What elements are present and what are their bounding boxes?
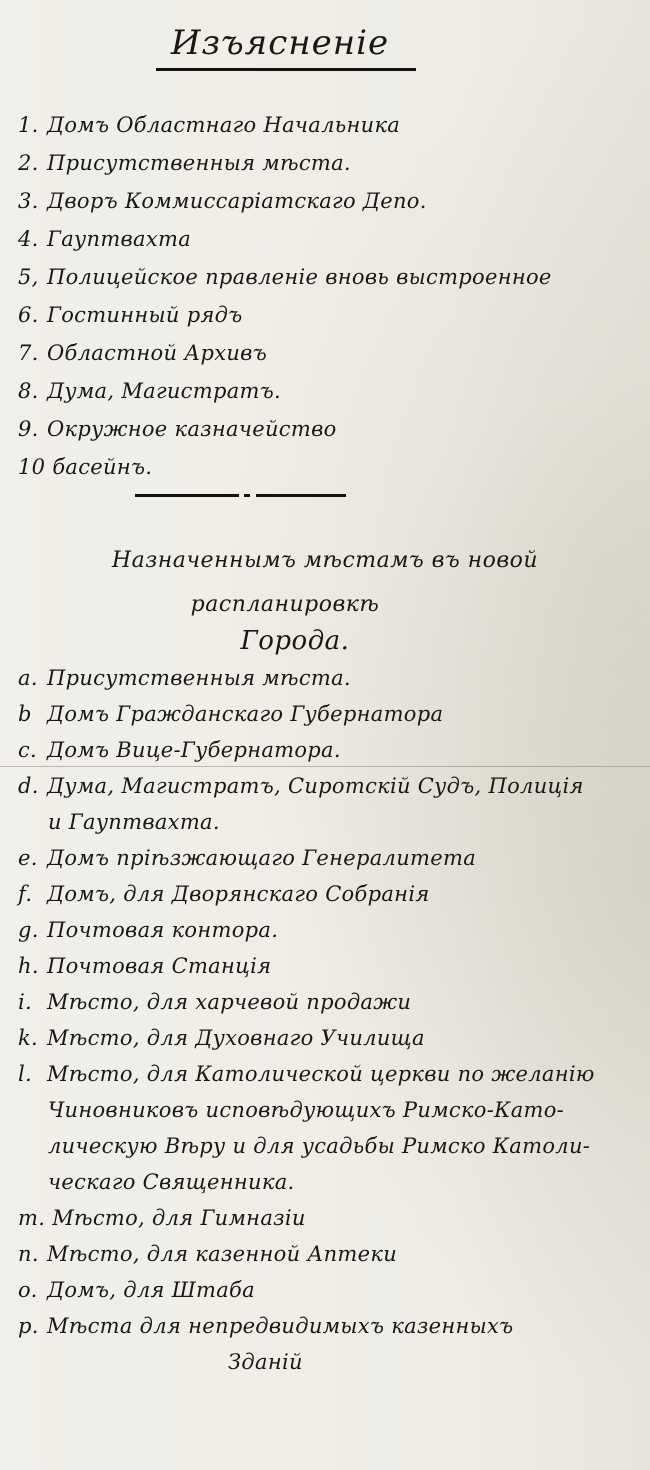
list-item: o. Домъ, для Штаба [18, 1272, 648, 1308]
list-item: 9. Окружное казначейство [18, 410, 638, 448]
list-item: 4. Гауптвахта [18, 220, 638, 258]
section-divider [256, 494, 346, 497]
list-item: n. Мѣсто, для казенной Аптеки [18, 1236, 648, 1272]
section-heading: распланировкѣ [0, 592, 610, 617]
list-item: 8. Дума, Магистратъ. [18, 372, 638, 410]
section-divider-dot [244, 494, 250, 497]
list-item: 3. Дворъ Коммиссаріатскаго Депо. [18, 182, 638, 220]
manuscript-page: Изъясненіе 1. Домъ Областнаго Начальника… [0, 0, 650, 1470]
list-item: k. Мѣсто, для Духовнаго Училища [18, 1020, 648, 1056]
list-item-continuation: Зданій [18, 1344, 648, 1380]
list-item: 6. Гостинный рядъ [18, 296, 638, 334]
list-item: a. Присутственныя мѣста. [18, 660, 648, 696]
list-item: 1. Домъ Областнаго Начальника [18, 106, 638, 144]
list-item-continuation: и Гауптвахта. [18, 804, 648, 840]
list-item: m. Мѣсто, для Гимназіи [18, 1200, 648, 1236]
title-underline [156, 68, 416, 71]
section-heading: Города. [0, 626, 620, 656]
section-heading: Назначеннымъ мѣстамъ въ новой [10, 548, 640, 573]
section-divider [135, 494, 239, 497]
list-item: 5, Полицейское правленіе вновь выстроенн… [18, 258, 638, 296]
list-item: g. Почтовая контора. [18, 912, 648, 948]
list-item: b Домъ Гражданскаго Губернатора [18, 696, 648, 732]
list-item: d. Дума, Магистратъ, Сиротскій Судъ, Пол… [18, 768, 648, 804]
list-item: f. Домъ, для Дворянскаго Собранія [18, 876, 648, 912]
list-item: 2. Присутственныя мѣста. [18, 144, 638, 182]
list-item-continuation: Чиновниковъ исповѣдующихъ Римско-Като- [18, 1092, 648, 1128]
list-item: 7. Областной Архивъ [18, 334, 638, 372]
list-item: c. Домъ Вице-Губернатора. [18, 732, 648, 768]
page-title: Изъясненіе [130, 22, 430, 64]
legend-new-list: a. Присутственныя мѣста. b Домъ Гражданс… [18, 660, 648, 1380]
list-item-continuation: лическую Вѣру и для усадьбы Римско Катол… [18, 1128, 648, 1164]
list-item: p. Мѣста для непредвидимыхъ казенныхъ [18, 1308, 648, 1344]
list-item-continuation: ческаго Священника. [18, 1164, 648, 1200]
list-item: e. Домъ пріѣзжающаго Генералитета [18, 840, 648, 876]
list-item: i. Мѣсто, для харчевой продажи [18, 984, 648, 1020]
list-item: h. Почтовая Станція [18, 948, 648, 984]
list-item: 10 басейнъ. [18, 448, 638, 486]
legend-existing-list: 1. Домъ Областнаго Начальника 2. Присутс… [18, 106, 638, 486]
list-item: l. Мѣсто, для Католической церкви по жел… [18, 1056, 648, 1092]
